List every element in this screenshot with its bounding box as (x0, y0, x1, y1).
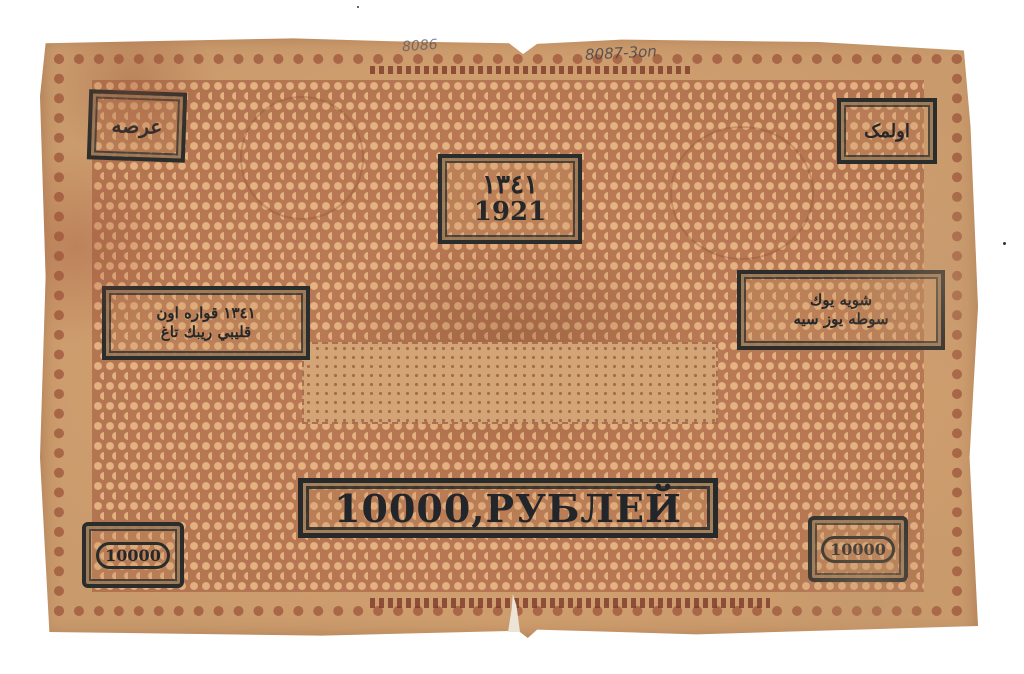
stamp-top-right: اولمک (837, 98, 937, 164)
stamp-top-left: عرصه (87, 89, 187, 162)
center-rosette (320, 231, 710, 441)
denomination-stamp: 10000,РУБЛЕЙ (298, 478, 718, 538)
pencil-note-2: 8087-3on (585, 42, 658, 64)
pencil-note-1: 8086 (401, 37, 438, 55)
banknote: عرصه اولمک ١٣٤١ 1921 ١٣٤١ قواره اون قليب… (40, 36, 978, 638)
stamp-top-left-text: عرصه (111, 113, 162, 139)
date-stamp-year: 1921 (474, 199, 546, 226)
dust-speck (357, 6, 359, 8)
faded-seal-right (670, 126, 814, 260)
date-stamp: ١٣٤١ 1921 (438, 154, 582, 244)
faded-seal-left (240, 96, 364, 220)
stamp-middle-left-line1: ١٣٤١ قواره اون (156, 304, 255, 323)
top-ornament-band (370, 66, 690, 74)
stamp-middle-left: ١٣٤١ قواره اون قليبي ريبك تاغ (102, 286, 310, 360)
stamp-middle-left-line2: قليبي ريبك تاغ (161, 323, 251, 342)
stamp-middle-right-line1: شويه يوك (810, 291, 872, 310)
stamp-bottom-left: 10000 (82, 522, 184, 588)
stamp-bottom-left-value: 10000 (96, 542, 170, 569)
date-stamp-hijri: ١٣٤١ (482, 172, 538, 199)
honeycomb-guilloche-pattern (92, 80, 924, 592)
dotted-center-panel (302, 342, 718, 424)
stamp-bottom-right: 10000 (808, 516, 908, 582)
stamp-middle-right-line2: سوطه يوز سيه (793, 310, 888, 329)
stamp-bottom-right-value: 10000 (821, 536, 895, 563)
dust-speck (1003, 242, 1006, 245)
stamp-top-right-text: اولمک (864, 121, 910, 142)
bottom-ornament-band (370, 598, 770, 608)
stamp-middle-right: شويه يوك سوطه يوز سيه (737, 270, 945, 350)
